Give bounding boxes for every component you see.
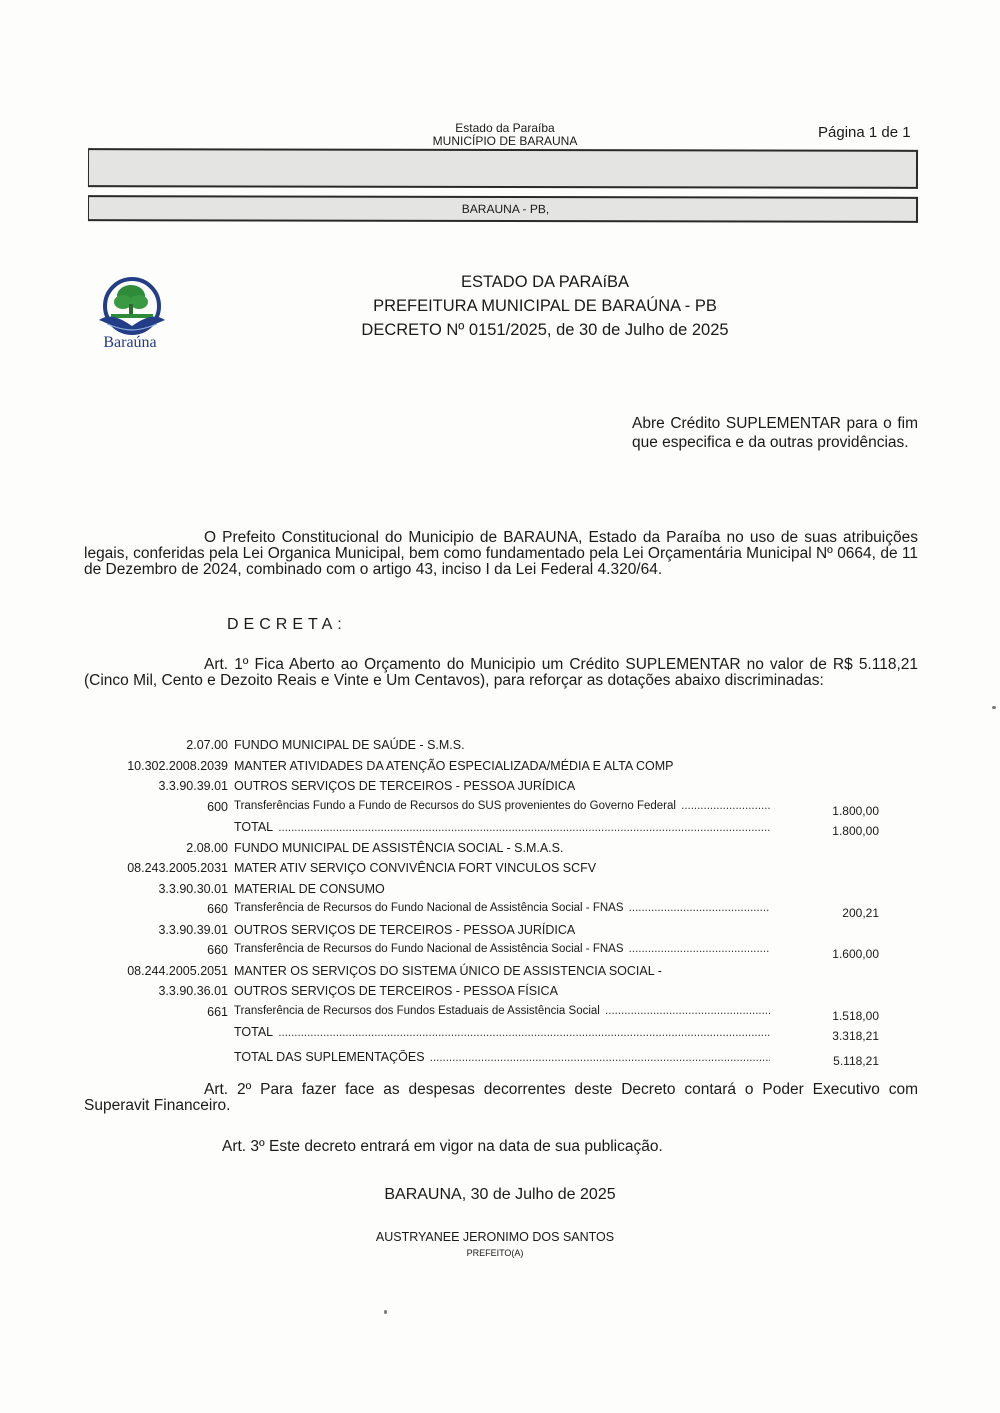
- budget-row-heading: 08.244.2005.2051MANTER OS SERVIÇOS DO SI…: [95, 962, 895, 983]
- place-and-date: BARAUNA, 30 de Julho de 2025: [0, 1186, 1000, 1204]
- budget-description: MANTER OS SERVIÇOS DO SISTEMA ÚNICO DE A…: [234, 964, 662, 978]
- budget-description: TOTAL ..................................…: [234, 1025, 770, 1039]
- budget-code: 08.243.2005.2031: [127, 861, 228, 875]
- location-label: BARAUNA - PB,: [89, 197, 916, 221]
- budget-amount: 1.800,00: [832, 824, 879, 838]
- budget-amount: 5.118,21: [833, 1054, 879, 1068]
- budget-row-heading: 3.3.90.39.01OUTROS SERVIÇOS DE TERCEIROS…: [95, 921, 895, 942]
- budget-row-grand: TOTAL DAS SUPLEMENTAÇÕES ...............…: [95, 1048, 895, 1069]
- title-prefecture: PREFEITURA MUNICIPAL DE BARAÚNA - PB: [280, 294, 810, 318]
- budget-row-heading: 2.08.00FUNDO MUNICIPAL DE ASSISTÊNCIA SO…: [95, 839, 895, 860]
- budget-code: 3.3.90.39.01: [158, 923, 228, 937]
- budget-row-heading: 2.07.00FUNDO MUNICIPAL DE SAÚDE - S.M.S.: [95, 736, 895, 757]
- budget-row-heading: 08.243.2005.2031MATER ATIV SERVIÇO CONVI…: [95, 859, 895, 880]
- budget-description: Transferência de Recursos do Fundo Nacio…: [234, 902, 770, 914]
- budget-description: OUTROS SERVIÇOS DE TERCEIROS - PESSOA JU…: [234, 923, 575, 937]
- budget-row-heading: 3.3.90.39.01OUTROS SERVIÇOS DE TERCEIROS…: [95, 777, 895, 798]
- article-1: Art. 1º Fica Aberto ao Orçamento do Muni…: [84, 657, 918, 689]
- article-2: Art. 2º Para fazer face as despesas deco…: [84, 1082, 918, 1114]
- budget-row-heading: 10.302.2008.2039MANTER ATIVIDADES DA ATE…: [95, 757, 895, 778]
- budget-code: 2.07.00: [186, 738, 228, 752]
- budget-description: Transferências Fundo a Fundo de Recursos…: [234, 800, 770, 812]
- budget-row-heading: 3.3.90.30.01MATERIAL DE CONSUMO: [95, 880, 895, 901]
- budget-row-source: 660Transferência de Recursos do Fundo Na…: [95, 941, 895, 962]
- title-state: ESTADO DA PARAíBA: [280, 270, 810, 294]
- budget-amount: 200,21: [842, 906, 879, 920]
- budget-description: OUTROS SERVIÇOS DE TERCEIROS - PESSOA FÍ…: [234, 984, 558, 998]
- budget-description: MATERIAL DE CONSUMO: [234, 882, 385, 896]
- signer-name: AUSTRYANEE JERONIMO DOS SANTOS: [0, 1230, 990, 1244]
- preamble-text: O Prefeito Constitucional do Municipio d…: [84, 529, 918, 578]
- budget-code: 10.302.2008.2039: [127, 759, 228, 773]
- header-location-bar: BARAUNA - PB,: [88, 195, 918, 223]
- title-decree-number: DECRETO Nº 0151/2025, de 30 de Julho de …: [280, 318, 810, 342]
- budget-code: 600: [207, 800, 228, 814]
- article-2-text: Art. 2º Para fazer face as despesas deco…: [84, 1081, 918, 1114]
- budget-amount: 1.800,00: [832, 804, 879, 818]
- decree-summary: Abre Crédito SUPLEMENTAR para o fim que …: [632, 414, 918, 452]
- budget-code: 3.3.90.39.01: [158, 779, 228, 793]
- budget-description: Transferência de Recursos do Fundo Nacio…: [234, 943, 770, 955]
- article-1-text: Art. 1º Fica Aberto ao Orçamento do Muni…: [84, 656, 918, 689]
- scan-speck: [992, 706, 996, 709]
- budget-description: Transferência de Recursos dos Fundos Est…: [234, 1005, 770, 1017]
- page-number: Página 1 de 1: [818, 124, 911, 141]
- signer-role: PREFEITO(A): [0, 1248, 990, 1258]
- header-grey-bar: [88, 148, 918, 189]
- decree-title-block: ESTADO DA PARAíBA PREFEITURA MUNICIPAL D…: [280, 270, 810, 342]
- budget-allocation-table: 2.07.00FUNDO MUNICIPAL DE SAÚDE - S.M.S.…: [95, 736, 895, 1068]
- budget-amount: 1.600,00: [832, 947, 879, 961]
- budget-code: 660: [207, 943, 228, 957]
- budget-amount: 3.318,21: [832, 1029, 879, 1043]
- budget-description: FUNDO MUNICIPAL DE ASSISTÊNCIA SOCIAL - …: [234, 841, 563, 855]
- budget-row-source: 600Transferências Fundo a Fundo de Recur…: [95, 798, 895, 819]
- decreta-heading: DECRETA:: [227, 616, 347, 634]
- article-3: Art. 3º Este decreto entrará em vigor na…: [222, 1138, 663, 1156]
- budget-description: FUNDO MUNICIPAL DE SAÚDE - S.M.S.: [234, 738, 465, 752]
- budget-description: TOTAL DAS SUPLEMENTAÇÕES ...............…: [234, 1050, 770, 1064]
- budget-row-total: TOTAL ..................................…: [95, 818, 895, 839]
- budget-row-source: 661Transferência de Recursos dos Fundos …: [95, 1003, 895, 1024]
- budget-row-heading: 3.3.90.36.01OUTROS SERVIÇOS DE TERCEIROS…: [95, 982, 895, 1003]
- budget-code: 2.08.00: [186, 841, 228, 855]
- budget-row-source: 660Transferência de Recursos do Fundo Na…: [95, 900, 895, 921]
- preamble-paragraph: O Prefeito Constitucional do Municipio d…: [84, 530, 918, 578]
- budget-description: TOTAL ..................................…: [234, 820, 770, 834]
- budget-code: 3.3.90.36.01: [158, 984, 228, 998]
- budget-code: 08.244.2005.2051: [127, 964, 228, 978]
- scan-speck: [384, 1310, 387, 1314]
- budget-code: 661: [207, 1005, 228, 1019]
- budget-row-total: TOTAL ..................................…: [95, 1023, 895, 1044]
- budget-amount: 1.518,00: [832, 1009, 879, 1023]
- budget-code: 3.3.90.30.01: [158, 882, 228, 896]
- budget-description: OUTROS SERVIÇOS DE TERCEIROS - PESSOA JU…: [234, 779, 575, 793]
- budget-code: 660: [207, 902, 228, 916]
- logo-wordmark: Baraúna: [94, 334, 166, 352]
- budget-description: MATER ATIV SERVIÇO CONVIVÊNCIA FORT VINC…: [234, 861, 596, 875]
- budget-description: MANTER ATIVIDADES DA ATENÇÃO ESPECIALIZA…: [234, 759, 673, 773]
